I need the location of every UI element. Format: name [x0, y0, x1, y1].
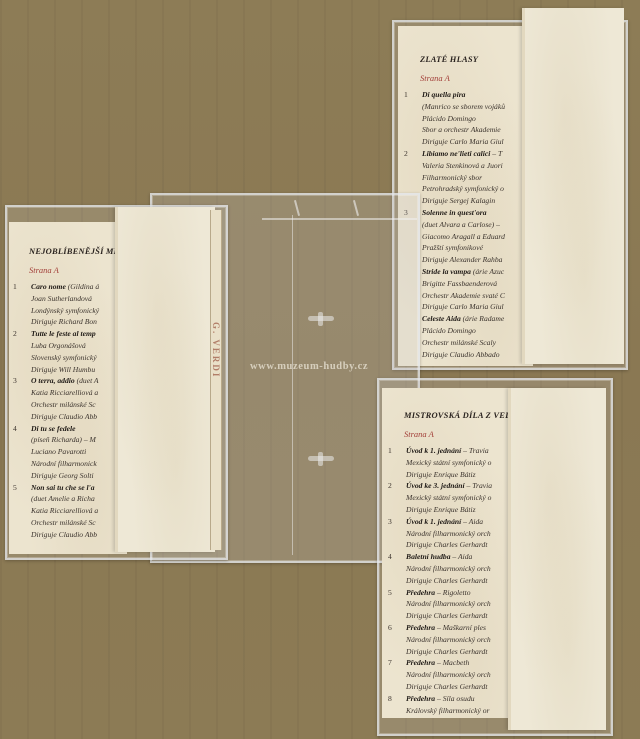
insert-side-label: Strana A [29, 265, 127, 275]
track-credit-line: Londýnský symfonický [31, 305, 99, 317]
track-credit-line: Diriguje Charles Gerhardt [406, 681, 491, 693]
track-credit-line: Diriguje Sergej Kalagin [422, 195, 504, 207]
track-title: Úvod ke 3. jednání [406, 481, 465, 490]
track-credit-line: Katia Ricciarelliová a [31, 505, 98, 517]
track-item: 3O terra, addio (duet AKatia Ricciarelli… [9, 375, 127, 422]
track-credit-line: (duet Amelie a Richa [31, 493, 98, 505]
track-list: 1Caro nome (Gildina áJoan SutherlandováL… [9, 281, 127, 541]
track-subtitle: – Aida [451, 552, 473, 561]
track-title: Předehra [406, 694, 435, 703]
track-subtitle: – T [490, 149, 502, 158]
track-credit-line: Diriguje Claudio Abb [31, 411, 99, 423]
track-subtitle: – Síla osudu [435, 694, 474, 703]
track-number: 8 [384, 693, 406, 718]
track-number: 5 [384, 587, 406, 622]
track-credit-line: Diriguje Alexander Rahba [422, 254, 505, 266]
track-item: 5Non sai tu che se l'a(duet Amelie a Ric… [9, 482, 127, 541]
track-credit-line: Orchestr milánské Scaly [422, 337, 504, 349]
track-subtitle: – Rigoletto [435, 588, 470, 597]
track-subtitle: – Macbeth [435, 658, 469, 667]
insert-side-label: Strana A [404, 429, 512, 439]
track-item: 4Di tu se fedele(píseň Richarda) – MLuci… [9, 423, 127, 482]
track-credit-line: Diriguje Andrea Licata [406, 716, 490, 718]
track-credit-line: Diriguje Charles Gerhardt [406, 610, 491, 622]
track-title: Libiamo ne'lieti calici [422, 149, 490, 158]
track-item: 7Předehra – MacbethNárodní filharmonický… [384, 657, 512, 692]
track-title: Solenne in quest'ora [422, 208, 487, 217]
track-subtitle: (Gildina á [66, 282, 99, 291]
track-number: 4 [9, 423, 31, 482]
spine-title: G. VERDI [211, 270, 221, 430]
track-title: Baletní hudba [406, 552, 451, 561]
track-number: 1 [384, 445, 406, 480]
track-credit-line: Valeria Stenkinová a Juori [422, 160, 504, 172]
case-top-rail [262, 218, 417, 220]
track-title: Di quella pira [422, 90, 465, 99]
track-credit-line: Národní filharmonický orch [406, 598, 491, 610]
track-credit-line: Diriguje Enrique Bátiz [406, 504, 492, 516]
track-subtitle: (árie Azuc [471, 267, 504, 276]
track-title: Úvod k 1. jednání [406, 517, 461, 526]
track-subtitle: – Maškarní ples [435, 623, 486, 632]
track-credit-line: Mexický státní symfonický o [406, 492, 492, 504]
track-credit-line: Petrohradský symfonický o [422, 183, 504, 195]
track-credit-line: Filharmonický sbor [422, 172, 504, 184]
watermark: www.muzeum-hudby.cz [250, 361, 368, 372]
track-item: 8Předehra – Síla osuduKrálovský filharmo… [384, 693, 512, 718]
track-credit-line: Plácido Domingo [422, 325, 504, 337]
track-credit-line: Diriguje Charles Gerhardt [406, 646, 491, 658]
track-credit-line: Pražští symfonikové [422, 242, 505, 254]
track-credit-line: Luba Orgonášová [31, 340, 97, 352]
track-title: Úvod k 1. jednání [406, 446, 461, 455]
track-title: O terra, addio [31, 376, 75, 385]
track-number: 2 [384, 480, 406, 515]
insert-spine: G. VERDI [210, 210, 222, 550]
track-number: 7 [384, 657, 406, 692]
track-number: 1 [9, 281, 31, 328]
track-number: 1 [400, 89, 422, 148]
insert-title: ZLATÉ HLASY [420, 54, 533, 64]
track-credit-line: Diriguje Carlo Maria Giul [422, 301, 505, 313]
insert-flap-left [115, 207, 215, 552]
case-inner-divider [292, 215, 293, 555]
track-item: 3Úvod k 1. jednání – AidaNárodní filharm… [384, 516, 512, 551]
insert-flap-bottom-right [508, 388, 606, 730]
track-credit-line: Národní filharmonický orch [406, 634, 491, 646]
track-credit-line: Orchestr Akademie svaté C [422, 290, 505, 302]
track-credit-line: (Manrico se sborem vojáků [422, 101, 505, 113]
track-item: 5Předehra – RigolettoNárodní filharmonic… [384, 587, 512, 622]
track-credit-line: Diriguje Carlo Maria Giul [422, 136, 505, 148]
track-number: 3 [384, 516, 406, 551]
track-credit-line: Brigitte Fassbaenderová [422, 278, 505, 290]
track-title: Celeste Aida [422, 314, 461, 323]
track-credit-line: Královský filharmonický or [406, 705, 490, 717]
reel-spindle-bottom [306, 452, 336, 466]
insert-title: MISTROVSKÁ DÍLA Z VELKÝ [404, 410, 512, 420]
track-number: 3 [9, 375, 31, 422]
track-credit-line: Diriguje Richard Bon [31, 316, 99, 328]
track-item: 1Úvod k 1. jednání – TraviaMexický státn… [384, 445, 512, 480]
track-credit-line: Orchestr milánské Sc [31, 399, 99, 411]
track-credit-line: Sbor a orchestr Akademie [422, 124, 505, 136]
track-item: 1Caro nome (Gildina áJoan SutherlandováL… [9, 281, 127, 328]
track-item: 1Di quella pira(Manrico se sborem vojáků… [400, 89, 533, 148]
track-credit-line: Diriguje Georg Solti [31, 470, 97, 482]
track-title: Stride la vampa [422, 267, 471, 276]
track-item: 4Baletní hudba – AidaNárodní filharmonic… [384, 551, 512, 586]
track-subtitle: (árie Radame [461, 314, 504, 323]
track-credit-line: Diriguje Charles Gerhardt [406, 539, 491, 551]
cassette-insert-nejoblibenejsi: NEJOBLÍBENĚJŠÍ MILO Strana A 1Caro nome … [9, 222, 127, 554]
track-list: 1Úvod k 1. jednání – TraviaMexický státn… [384, 445, 512, 718]
track-credit-line: Diriguje Claudio Abb [31, 529, 98, 541]
cassette-insert-mistrovska-dila: MISTROVSKÁ DÍLA Z VELKÝ Strana A 1Úvod k… [382, 388, 512, 718]
track-subtitle: – Travia [465, 481, 492, 490]
track-title: Předehra [406, 658, 435, 667]
track-credit-line: Národní filharmonický orch [406, 528, 491, 540]
track-credit-line: (píseň Richarda) – M [31, 434, 97, 446]
track-credit-line: Katia Ricciarelliová a [31, 387, 99, 399]
track-credit-line: Diriguje Enrique Bátiz [406, 469, 491, 481]
track-credit-line: Joan Sutherlandová [31, 293, 99, 305]
track-subtitle: – Travia [461, 446, 488, 455]
track-number: 4 [384, 551, 406, 586]
track-credit-line: Diriguje Charles Gerhardt [406, 575, 491, 587]
insert-title: NEJOBLÍBENĚJŠÍ MILO [29, 246, 127, 256]
insert-flap-top-right [522, 8, 624, 364]
track-item: 2Tutte le feste al tempLuba OrgonášováSl… [9, 328, 127, 375]
reel-spindle-top [306, 312, 336, 326]
track-credit-line: Diriguje Claudio Abbado [422, 349, 504, 361]
track-subtitle: – Aida [461, 517, 483, 526]
track-credit-line: Plácido Domingo [422, 113, 505, 125]
track-item: 2Úvod ke 3. jednání – TraviaMexický stát… [384, 480, 512, 515]
track-credit-line: Diriguje Will Humbu [31, 364, 97, 376]
track-title: Non sai tu che se l'a [31, 483, 95, 492]
track-item: 6Předehra – Maškarní plesNárodní filharm… [384, 622, 512, 657]
track-credit-line: Národní filharmonický orch [406, 669, 491, 681]
track-credit-line: (duet Alvara a Carlose) – [422, 219, 505, 231]
track-title: Předehra [406, 588, 435, 597]
track-title: Di tu se fedele [31, 424, 76, 433]
track-credit-line: Mexický státní symfonický o [406, 457, 491, 469]
track-credit-line: Orchestr milánské Sc [31, 517, 98, 529]
track-credit-line: Národní filharmonick [31, 458, 97, 470]
track-title: Tutte le feste al temp [31, 329, 96, 338]
track-number: 2 [9, 328, 31, 375]
track-credit-line: Národní filharmonický orch [406, 563, 491, 575]
insert-side-label: Strana A [420, 73, 533, 83]
track-credit-line: Giacomo Aragall a Eduard [422, 231, 505, 243]
track-title: Caro nome [31, 282, 66, 291]
track-subtitle: (duet A [75, 376, 99, 385]
track-title: Předehra [406, 623, 435, 632]
track-number: 6 [384, 622, 406, 657]
track-number: 5 [9, 482, 31, 541]
track-credit-line: Slovenský symfonický [31, 352, 97, 364]
track-credit-line: Luciano Pavarotti [31, 446, 97, 458]
